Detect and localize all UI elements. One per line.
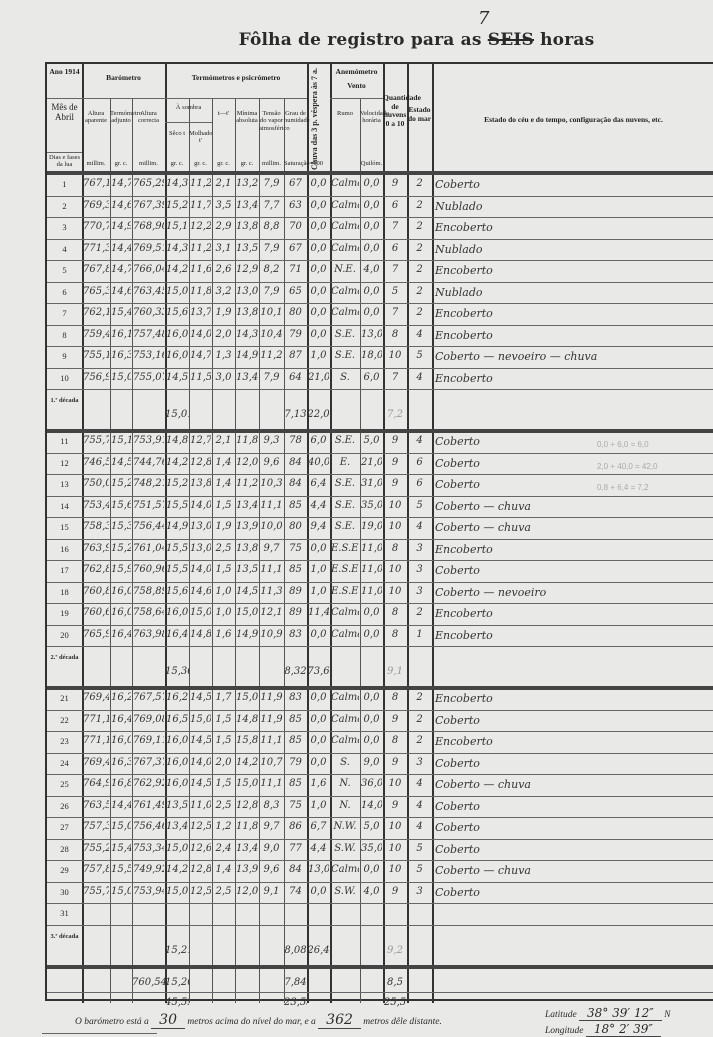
table-cell: 2: [408, 286, 431, 297]
table-cell: 21,0: [361, 457, 382, 468]
table-cell: 12,5: [190, 821, 211, 832]
table-cell: N.E.: [331, 264, 359, 275]
vento-header: Vento: [330, 82, 383, 91]
table-cell: 0,0: [308, 543, 329, 554]
table-cell: 760,85: [83, 586, 109, 597]
row-rule: [47, 625, 713, 626]
row-rule: [47, 860, 713, 861]
altitude-value: 30: [151, 1012, 185, 1029]
table-cell: 12,8: [190, 864, 211, 875]
table-cell: 11,1: [260, 500, 283, 511]
table-cell: 11,2: [236, 478, 258, 489]
sky-condition: Coberto — chuva: [435, 521, 531, 534]
table-cell: Calma: [331, 200, 359, 211]
table-cell: 9,7: [260, 543, 283, 554]
table-cell: 7: [384, 307, 406, 318]
day-number: 23: [47, 736, 82, 746]
table-cell: 3,2: [213, 286, 234, 297]
day-number: 8: [47, 330, 82, 340]
table-cell: 12,7: [190, 435, 211, 446]
table-cell: 8: [384, 543, 406, 554]
latitude-label: Latitude: [545, 1010, 577, 1020]
row-rule: [47, 260, 713, 261]
table-cell: 16,2: [166, 692, 188, 703]
table-cell: 35,0: [361, 500, 382, 511]
column-label: t—t': [212, 110, 235, 117]
table-cell: 15,0: [166, 843, 188, 854]
day-number: 22: [47, 715, 82, 725]
table-cell: 2: [408, 200, 431, 211]
table-cell: 14,6: [111, 200, 131, 211]
table-cell: 3: [408, 586, 431, 597]
table-cell: 753,34: [133, 843, 164, 854]
table-cell: 9: [384, 457, 406, 468]
day-number: 18: [47, 587, 82, 597]
table-cell: 14,8: [190, 629, 211, 640]
table-cell: 9,0: [260, 843, 283, 854]
decade-chuva-total: 26,4: [307, 945, 330, 956]
table-cell: 11,9: [260, 714, 283, 725]
total-nuvens-sum: 25,5: [383, 997, 407, 1008]
table-cell: 1,0: [308, 800, 329, 811]
table-cell: 11,2: [190, 178, 211, 189]
table-cell: 8: [384, 735, 406, 746]
footer-text-2: metros acima do nível do mar, e a: [187, 1017, 315, 1027]
day-number: 4: [47, 244, 82, 254]
table-cell: 750,05: [83, 478, 109, 489]
row-rule: [47, 496, 713, 497]
row-rule: [47, 710, 713, 711]
row-rule: [47, 925, 713, 926]
table-cell: 15,6: [166, 307, 188, 318]
table-cell: 2,0: [213, 757, 234, 768]
table-cell: 14,5: [190, 735, 211, 746]
table-cell: 771,15: [83, 714, 109, 725]
header-rule-sombra: [165, 122, 212, 123]
table-cell: 13,8: [236, 221, 258, 232]
table-cell: 13,2: [236, 178, 258, 189]
sky-condition: Nublado: [435, 286, 483, 299]
sky-condition: Coberto: [435, 821, 480, 834]
latitude-value: 38° 39′ 12″: [579, 1006, 662, 1021]
table-cell: 6,7: [308, 821, 329, 832]
table-cell: 760,33: [133, 307, 164, 318]
table-cell: S.E.: [331, 329, 359, 340]
table-cell: 6,0: [361, 372, 382, 383]
decade-grau-mean: 7,13: [284, 409, 307, 420]
table-cell: S.E.: [331, 478, 359, 489]
total-altura-correcta: 760,54: [132, 977, 165, 988]
column-label: Altura aparente: [82, 110, 110, 125]
table-cell: 16,4: [166, 629, 188, 640]
table-cell: 9: [384, 714, 406, 725]
row-rule: [47, 217, 713, 218]
decade-rule: [47, 965, 713, 969]
table-cell: 1,4: [213, 457, 234, 468]
table-cell: 16,0: [166, 350, 188, 361]
table-cell: 4,4: [308, 500, 329, 511]
decade-nuvens-mean: 7,2: [383, 409, 407, 420]
day-number: 13: [47, 479, 82, 489]
row-rule: [47, 517, 713, 518]
table-cell: 0,0: [308, 329, 329, 340]
table-cell: 13,4: [236, 200, 258, 211]
table-cell: 15,4: [111, 843, 131, 854]
header-rule-year: [47, 98, 82, 99]
anemometro-header: Anemómetro: [330, 68, 383, 77]
table-cell: 744,76: [133, 457, 164, 468]
table-cell: 5,0: [361, 821, 382, 832]
row-rule: [47, 325, 713, 326]
table-cell: 16,0: [166, 757, 188, 768]
table-cell: S.E.: [331, 521, 359, 532]
table-cell: 15,8: [236, 735, 258, 746]
table-cell: 8,8: [260, 221, 283, 232]
header-rule-barometro: [82, 98, 165, 99]
table-cell: 753,45: [83, 500, 109, 511]
table-cell: 0,0: [361, 307, 382, 318]
table-cell: 79: [285, 329, 306, 340]
table-cell: 16,3: [111, 350, 131, 361]
table-cell: 12,0: [236, 457, 258, 468]
row-rule: [47, 389, 713, 390]
column-unit: millim.: [132, 160, 165, 167]
table-cell: 767,37: [133, 757, 164, 768]
table-cell: 2,4: [213, 843, 234, 854]
day-number: 20: [47, 630, 82, 640]
table-cell: Calma: [331, 178, 359, 189]
table-cell: 13,7: [190, 307, 211, 318]
table-cell: 4,4: [308, 843, 329, 854]
table-cell: 14,6: [190, 586, 211, 597]
table-cell: 762,15: [83, 307, 109, 318]
table-cell: 13,8: [190, 478, 211, 489]
day-number: 9: [47, 351, 82, 361]
decade-grau-mean: 8,32: [284, 666, 307, 677]
decade-chuva-total: 73,6: [307, 666, 330, 677]
table-cell: 746,50: [83, 457, 109, 468]
days-label: Dias e fases da lua: [47, 154, 82, 169]
mar-header: Estado do mar: [407, 106, 432, 123]
header-bottom-rule: [47, 171, 713, 175]
table-cell: 11,0: [361, 564, 382, 575]
table-cell: 15,0: [190, 607, 211, 618]
decade-label: 1.ª década: [47, 397, 82, 405]
table-cell: 2: [408, 735, 431, 746]
day-number: 14: [47, 501, 82, 511]
table-cell: 13,0: [236, 286, 258, 297]
table-cell: 16,2: [111, 692, 131, 703]
column-label: Termómetro adjunto: [110, 110, 132, 125]
table-cell: 14,4: [111, 800, 131, 811]
table-cell: 13,4: [166, 821, 188, 832]
column-unit: gr. c.: [110, 160, 132, 167]
sky-condition: Coberto — chuva: [435, 778, 531, 791]
decade-rule: [47, 429, 713, 433]
table-cell: 9,0: [361, 757, 382, 768]
table-cell: 12,9: [236, 264, 258, 275]
table-cell: 10: [384, 821, 406, 832]
row-rule: [47, 646, 713, 647]
table-cell: 13,0: [308, 864, 329, 875]
table-cell: 9,7: [260, 821, 283, 832]
table-cell: 14,3: [166, 243, 188, 254]
table-cell: 14,0: [190, 757, 211, 768]
table-cell: 751,57: [133, 500, 164, 511]
table-cell: 9,6: [260, 457, 283, 468]
table-cell: 9: [384, 478, 406, 489]
table-cell: 11,1: [260, 564, 283, 575]
table-cell: 77: [285, 843, 306, 854]
column-unit: millim.: [259, 160, 284, 167]
table-cell: 757,80: [83, 864, 109, 875]
table-cell: 87: [285, 350, 306, 361]
table-cell: 6: [408, 457, 431, 468]
table-cell: 753,94: [133, 886, 164, 897]
table-cell: 4: [408, 372, 431, 383]
table-cell: 14,5: [190, 692, 211, 703]
table-cell: 771,10: [83, 735, 109, 746]
table-cell: 766,04: [133, 264, 164, 275]
table-cell: 10: [384, 500, 406, 511]
table-cell: 85: [285, 714, 306, 725]
header-rule-termometros: [165, 98, 307, 99]
estado-header: Estado do céu e do tempo, configuração d…: [432, 116, 713, 125]
day-number: 27: [47, 822, 82, 832]
table-cell: 3: [408, 543, 431, 554]
table-cell: 84: [285, 457, 306, 468]
table-cell: 11,7: [190, 200, 211, 211]
table-cell: 85: [285, 735, 306, 746]
table-cell: 15,5: [166, 543, 188, 554]
table-cell: 13,5: [236, 243, 258, 254]
table-cell: 10: [384, 778, 406, 789]
table-cell: 16,0: [166, 329, 188, 340]
table-cell: 79: [285, 757, 306, 768]
table-cell: 763,55: [83, 800, 109, 811]
table-cell: 761,49: [133, 800, 164, 811]
table-cell: 12,8: [190, 457, 211, 468]
sky-condition: Coberto: [435, 886, 480, 899]
table-cell: S.E.: [331, 500, 359, 511]
table-cell: 1,7: [213, 692, 234, 703]
table-cell: 768,90: [133, 221, 164, 232]
table-cell: 84: [285, 864, 306, 875]
sky-condition: Coberto: [435, 457, 480, 470]
table-cell: 13,5: [166, 800, 188, 811]
table-cell: 11,8: [236, 821, 258, 832]
table-cell: 13,4: [236, 372, 258, 383]
decade-chuva-total: 22,0: [307, 409, 330, 420]
column-unit: gr. c.: [189, 160, 212, 167]
table-cell: 4: [408, 435, 431, 446]
table-cell: 769,08: [133, 714, 164, 725]
table-cell: 16,3: [111, 757, 131, 768]
row-rule: [47, 346, 713, 347]
column-unit: gr. c.: [212, 160, 235, 167]
decade-nuvens-mean: 9,1: [383, 666, 407, 677]
table-cell: 3: [408, 757, 431, 768]
table-cell: 13,4: [236, 843, 258, 854]
table-cell: 2: [408, 264, 431, 275]
table-cell: 0,0: [308, 757, 329, 768]
latitude: Latitude 38° 39′ 12″ N: [545, 1006, 670, 1021]
table-cell: 19,0: [361, 521, 382, 532]
table-cell: 14,5: [236, 586, 258, 597]
table-cell: 763,98: [133, 629, 164, 640]
table-cell: 85: [285, 778, 306, 789]
table-cell: 7,9: [260, 286, 283, 297]
table-cell: 14,9: [236, 350, 258, 361]
table-cell: 0,0: [308, 286, 329, 297]
table-cell: 2,9: [213, 221, 234, 232]
table-cell: 7,9: [260, 243, 283, 254]
table-cell: 14,5: [190, 778, 211, 789]
table-cell: 16,0: [166, 778, 188, 789]
day-number: 29: [47, 865, 82, 875]
table-cell: 756,90: [83, 372, 109, 383]
row-rule: [47, 839, 713, 840]
sheet-title: Fôlha de registro para as SEIS horas: [0, 30, 713, 50]
table-cell: 3: [408, 886, 431, 897]
table-cell: 4: [408, 778, 431, 789]
table-cell: 1,4: [213, 478, 234, 489]
table-cell: 13,9: [236, 864, 258, 875]
table-cell: 4: [408, 821, 431, 832]
sky-condition: Coberto: [435, 178, 480, 191]
longitude-value: 18° 2′ 39″: [586, 1022, 661, 1037]
table-cell: 767,57: [133, 692, 164, 703]
row-rule: [47, 303, 713, 304]
table-cell: 1: [408, 629, 431, 640]
column-unit: Saturação=100: [284, 160, 307, 167]
title-struck-word: SEIS: [488, 30, 534, 50]
table-cell: 0,0: [361, 243, 382, 254]
table-cell: 15,0: [166, 886, 188, 897]
table-cell: 15,5: [111, 864, 131, 875]
table-cell: 12,6: [190, 843, 211, 854]
column-label: Molhado t': [189, 130, 212, 145]
day-number: 26: [47, 801, 82, 811]
table-cell: 1,6: [213, 629, 234, 640]
table-cell: 6,0: [308, 435, 329, 446]
sky-condition: Encoberto: [435, 221, 493, 234]
table-cell: 7,9: [260, 372, 283, 383]
table-cell: 9: [384, 757, 406, 768]
table-cell: 14,3: [236, 329, 258, 340]
table-cell: 1,5: [213, 500, 234, 511]
table-cell: 4,0: [361, 886, 382, 897]
table-cell: 756,44: [133, 521, 164, 532]
footer-text-1: O barómetro está a: [75, 1017, 149, 1027]
sky-condition: Coberto — nevoeiro — chuva: [435, 350, 597, 363]
column-rule: [432, 64, 434, 1003]
table-cell: 1,6: [308, 778, 329, 789]
table-cell: 15,1: [166, 221, 188, 232]
table-cell: 11,0: [190, 800, 211, 811]
table-cell: 9,6: [260, 864, 283, 875]
table-cell: 4: [408, 521, 431, 532]
table-cell: 11,8: [190, 286, 211, 297]
table-cell: 15,2: [111, 478, 131, 489]
table-cell: 755,15: [83, 350, 109, 361]
table-cell: 15,0: [236, 692, 258, 703]
sky-condition: Coberto — chuva: [435, 500, 531, 513]
table-cell: 10: [384, 843, 406, 854]
table-cell: 765,35: [83, 286, 109, 297]
table-cell: 2: [408, 243, 431, 254]
table-cell: Calma: [331, 607, 359, 618]
sky-condition: Coberto — chuva: [435, 864, 531, 877]
table-cell: 749,92: [133, 864, 164, 875]
table-cell: Calma: [331, 307, 359, 318]
footer-text-3: metros dêle distante.: [363, 1017, 442, 1027]
table-cell: 15,0: [111, 821, 131, 832]
table-cell: 765,90: [83, 629, 109, 640]
table-cell: 9: [384, 800, 406, 811]
table-cell: 3,0: [213, 372, 234, 383]
year-label: Ano 1914: [47, 68, 82, 77]
table-cell: 5: [408, 500, 431, 511]
table-cell: 11,9: [260, 692, 283, 703]
longitude-label: Longitude: [545, 1026, 584, 1036]
table-cell: 12,0: [236, 886, 258, 897]
table-cell: 8: [384, 692, 406, 703]
table-cell: 767,85: [83, 264, 109, 275]
table-cell: 769,30: [83, 200, 109, 211]
table-cell: 75: [285, 543, 306, 554]
table-cell: 753,16: [133, 350, 164, 361]
table-cell: N.: [331, 778, 359, 789]
table-cell: 10: [384, 586, 406, 597]
table-cell: 9,3: [260, 435, 283, 446]
day-number: 15: [47, 522, 82, 532]
sky-condition: Nublado: [435, 200, 483, 213]
table-cell: 15,3: [111, 521, 131, 532]
table-cell: 86: [285, 821, 306, 832]
sky-condition: Encoberto: [435, 692, 493, 705]
table-cell: 763,45: [133, 286, 164, 297]
table-cell: 755,75: [83, 435, 109, 446]
table-cell: 1,2: [213, 821, 234, 832]
table-cell: 9: [384, 886, 406, 897]
table-cell: 4,0: [361, 264, 382, 275]
table-cell: 0,0: [361, 178, 382, 189]
table-cell: 84: [285, 478, 306, 489]
table-cell: 1,0: [213, 586, 234, 597]
table-cell: Calma: [331, 286, 359, 297]
table-cell: 7,7: [260, 200, 283, 211]
table-cell: 2,5: [213, 543, 234, 554]
table-cell: S.: [331, 372, 359, 383]
table-cell: 14,0: [190, 564, 211, 575]
row-rule: [47, 368, 713, 369]
day-number: 7: [47, 308, 82, 318]
column-unit: Quilóm.: [360, 160, 383, 167]
table-cell: 2,1: [213, 435, 234, 446]
table-cell: 5: [408, 864, 431, 875]
table-cell: 2: [408, 607, 431, 618]
table-cell: 15,0: [236, 778, 258, 789]
table-cell: S.E.: [331, 435, 359, 446]
table-cell: 11,6: [190, 264, 211, 275]
sky-condition: Nublado: [435, 243, 483, 256]
day-number: 5: [47, 265, 82, 275]
table-cell: 0,0: [361, 629, 382, 640]
table-cell: 13,8: [236, 543, 258, 554]
table-cell: 764,95: [83, 778, 109, 789]
day-number: 6: [47, 287, 82, 297]
